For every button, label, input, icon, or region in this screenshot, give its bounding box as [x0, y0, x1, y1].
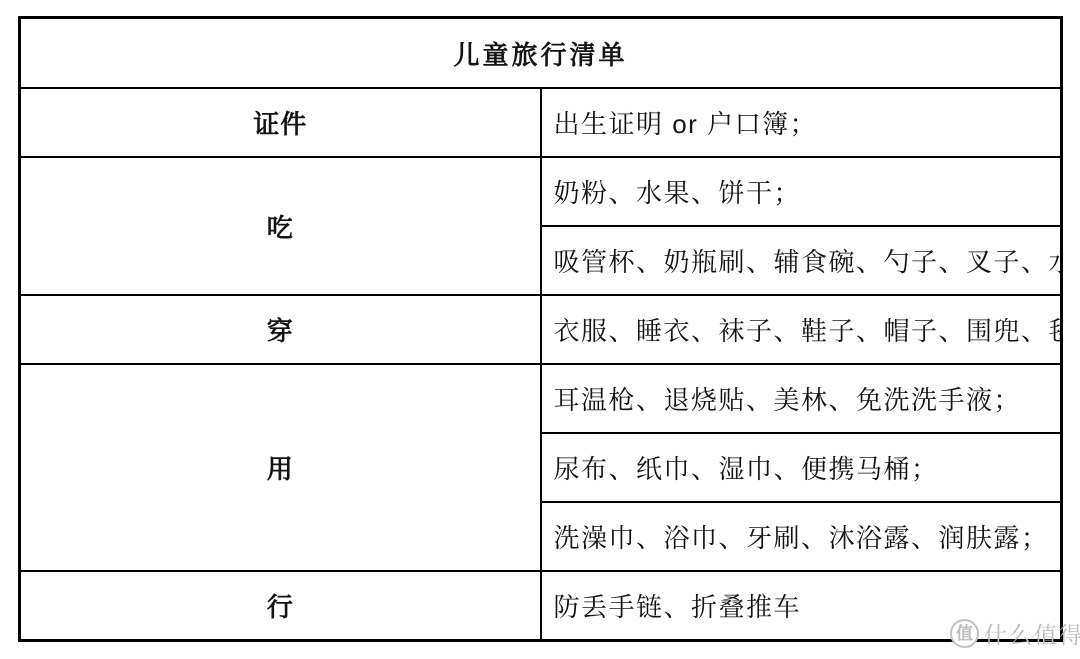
table-row: 行 防丢手链、折叠推车 [20, 571, 1062, 640]
smzdm-logo-icon: 值 [950, 619, 979, 648]
items-cell-use-1: 耳温枪、退烧贴、美林、免洗洗手液； [541, 364, 1062, 433]
items-cell-eat-2: 吸管杯、奶瓶刷、辅食碗、勺子、叉子、水杯、保温杯； [541, 226, 1062, 295]
items-cell-wear: 衣服、睡衣、袜子、鞋子、帽子、围兜、毯子、安抚巾； [541, 295, 1062, 364]
items-cell-eat-1: 奶粉、水果、饼干； [541, 157, 1062, 226]
items-cell-use-2: 尿布、纸巾、湿巾、便携马桶； [541, 433, 1062, 502]
category-cell-travel: 行 [20, 571, 541, 640]
category-cell-eat: 吃 [20, 157, 541, 295]
smzdm-watermark: 值 什么值得买 [950, 617, 1080, 650]
items-cell-use-3: 洗澡巾、浴巾、牙刷、沐浴露、润肤露； [541, 502, 1062, 571]
table-row: 儿童旅行清单 [20, 18, 1062, 89]
children-travel-checklist-table: 儿童旅行清单 证件 出生证明 or 户口簿； 吃 奶粉、水果、饼干； 吸管杯、奶… [18, 16, 1063, 642]
category-cell-documents: 证件 [20, 88, 541, 157]
table-row: 穿 衣服、睡衣、袜子、鞋子、帽子、围兜、毯子、安抚巾； [20, 295, 1062, 364]
table-title: 儿童旅行清单 [20, 18, 1062, 89]
table-row: 吃 奶粉、水果、饼干； [20, 157, 1062, 226]
table-row: 证件 出生证明 or 户口簿； [20, 88, 1062, 157]
items-cell-documents: 出生证明 or 户口簿； [541, 88, 1062, 157]
category-cell-wear: 穿 [20, 295, 541, 364]
category-cell-use: 用 [20, 364, 541, 571]
smzdm-watermark-text: 什么值得买 [984, 617, 1080, 650]
table-row: 用 耳温枪、退烧贴、美林、免洗洗手液； [20, 364, 1062, 433]
